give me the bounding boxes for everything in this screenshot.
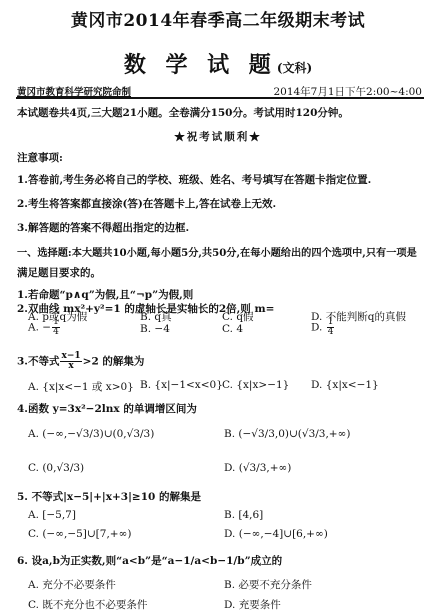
- question-stem: 2.双曲线 mx²+y²=1 的虚轴长是实轴长的2倍,则 m=: [17, 301, 274, 316]
- question-stem: 5. 不等式|x−5|+|x+3|≥10 的解集是: [17, 489, 201, 504]
- option-a: A. 充分不必要条件: [28, 577, 116, 592]
- option-b: B. (−√3/3,0)∪(√3/3,+∞): [224, 428, 350, 440]
- question-stem: 3.不等式x−1x>2 的解集为: [17, 352, 144, 371]
- option-b: B. {x|−1<x<0}: [140, 379, 223, 391]
- option-d: D. 14: [311, 318, 335, 337]
- option-b: B. [4,6]: [224, 509, 263, 521]
- subject-name: 数 学 试 题: [124, 52, 277, 78]
- option-c: C. 既不充分也不必要条件: [28, 597, 147, 611]
- subject-title: 数 学 试 题(文科): [0, 48, 436, 79]
- option-d: D. (−∞,−4]∪[6,+∞): [224, 528, 328, 540]
- blessing: ★祝考试顺利★: [0, 129, 436, 144]
- publisher: 黄冈市教育科学研究院命制: [17, 84, 131, 98]
- question-stem: 1.若命题“p∧q”为假,且“¬p”为假,则: [17, 287, 193, 302]
- option-c: C. (0,√3/3): [28, 462, 84, 474]
- fraction: x−1x: [60, 352, 81, 371]
- note-item: 2.考生将答案都直接涂(答)在答题卡上,答在试卷上无效.: [17, 196, 276, 211]
- section-heading: 一、选择题:本大题共10小题,每小题5分,共50分,在每小题给出的四个选项中,只…: [17, 244, 417, 259]
- option-b: B. 必要不充分条件: [224, 577, 312, 592]
- option-b: B. −4: [140, 323, 170, 335]
- exam-title: 黄冈市2014年春季高二年级期末考试: [0, 6, 436, 31]
- note-item: 1.答卷前,考生务必将自己的学校、班级、姓名、考号填写在答题卡指定位置.: [17, 172, 371, 187]
- option-d: D. 充要条件: [224, 597, 281, 611]
- fraction: 14: [327, 318, 335, 337]
- option-c: C. (−∞,−5]∪[7,+∞): [28, 528, 131, 540]
- subject-note: (文科): [277, 61, 312, 75]
- option-d: D. (√3/3,+∞): [224, 462, 291, 474]
- fraction: 14: [52, 318, 60, 337]
- notes-heading: 注意事项:: [17, 150, 63, 165]
- section-heading-cont: 满足题目要求的。: [17, 265, 101, 280]
- option-c: C. 4: [222, 323, 243, 335]
- header-divider: [16, 97, 424, 99]
- note-item: 3.解答题的答案不得超出指定的边框.: [17, 220, 189, 235]
- intro-text: 本试题卷共4页,三大题21小题。全卷满分150分。考试用时120分钟。: [17, 105, 349, 120]
- option-c: C. {x|x>−1}: [222, 379, 289, 391]
- question-stem: 4.函数 y=3x²−2lnx 的单调增区间为: [17, 401, 197, 416]
- option-d: D. {x|x<−1}: [311, 379, 379, 391]
- option-a: A. [−5,7]: [28, 509, 76, 521]
- option-a: A. (−∞,−√3/3)∪(0,√3/3): [28, 428, 154, 440]
- question-stem: 6. 设a,b为正实数,则“a<b”是“a−1/a<b−1/b”成立的: [17, 553, 282, 568]
- option-a: A. {x|x<−1 或 x>0}: [28, 379, 134, 394]
- option-a: A. −14: [28, 318, 61, 337]
